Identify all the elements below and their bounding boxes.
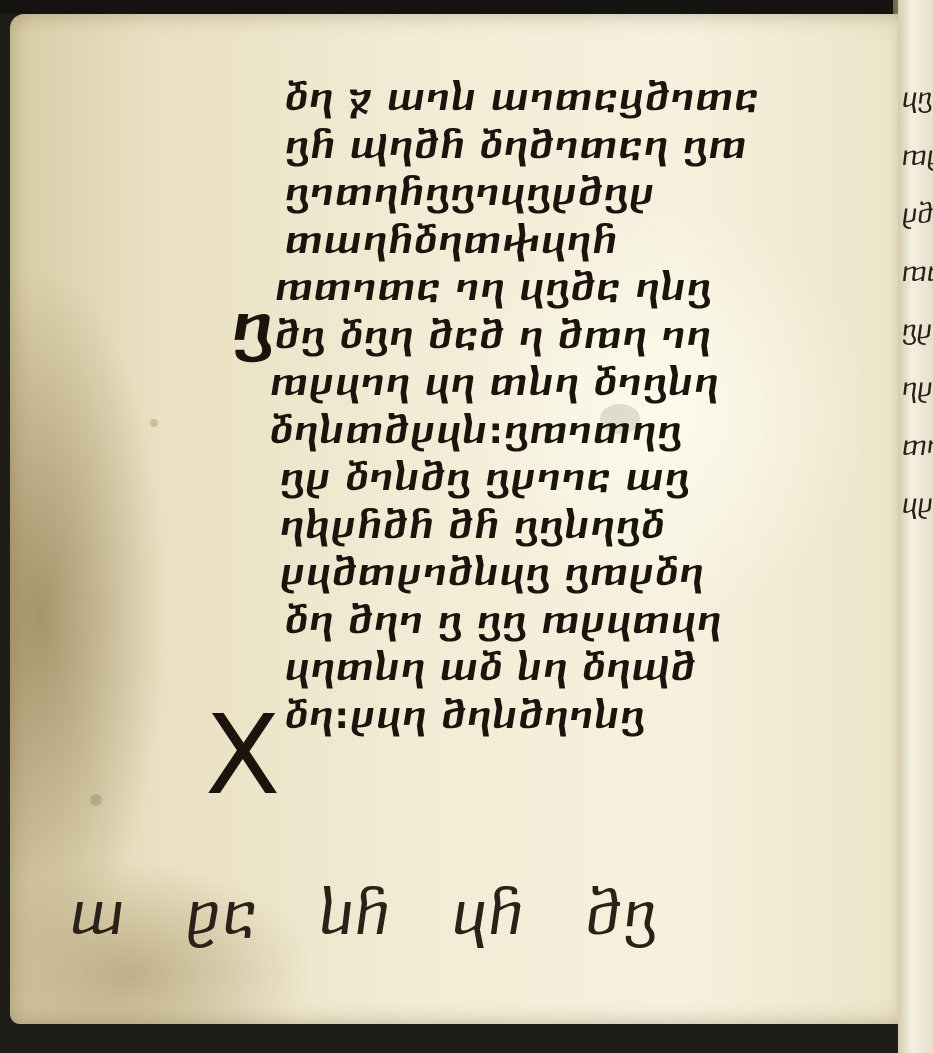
text-line: ⴊⴇⴈⴇⴀ ⴈⴄ ⴗⴂⴋⴀ ⴄⴑⴂ	[275, 265, 816, 313]
text-line: ⴋⴂ ⴃⴂⴄ ⴋⴀⴋ ⴄ ⴋⴊⴄ ⴈⴄ	[275, 313, 816, 361]
text-line: ⴇⴍⴄⴌⴃⴄⴇⴕⴗⴄⴌ	[285, 218, 815, 266]
text-line: ⴞⴗⴋⴇⴞⴈⴋⴑⴗⴂ ⴂⴊⴞⴃⴄ	[280, 550, 816, 598]
margin-cross-mark: X	[205, 700, 280, 810]
facing-line: ⴗⴞ	[902, 476, 933, 534]
decorated-initial-letter: ⴂ	[232, 290, 273, 363]
dark-background-top	[0, 0, 933, 14]
text-line: ⴂⴈⴇⴄⴌⴂⴂⴈⴗⴂⴞⴋⴂⴞ	[285, 170, 815, 218]
facing-line: ⴞⴋ	[902, 186, 933, 244]
main-text-block: ⴃⴄ ⴟ ⴍⴈⴑ ⴍⴈⴇⴀⴁⴋⴈⴇⴀ ⴂⴌ ⴓⴄⴋⴌ ⴃⴄⴋⴈⴇⴀⴄ ⴂⴊ ⴂⴈ…	[285, 75, 805, 740]
facing-line: ⴊⴇ	[902, 244, 933, 302]
facing-line: ⴗⴂⴍ	[902, 70, 933, 128]
text-line: ⴂⴞ ⴃⴈⴑⴋⴂ ⴂⴞⴈⴈⴀ ⴍⴂ	[280, 455, 816, 503]
text-line: ⴃⴄⴑⴇⴋⴞⴗⴑ:ⴂⴊⴈⴇⴄⴂ	[270, 408, 816, 456]
text-line: ⴃⴄ ⴋⴄⴈ ⴂ ⴂⴂ ⴊⴞⴗⴇⴗⴄ	[285, 598, 815, 646]
marginal-footer-note: ⴍ ⴒⴀ ⴑⴌ ⴗⴌ ⴋⴂ	[70, 880, 658, 948]
text-line: ⴊⴞⴗⴈⴄ ⴗⴄ ⴇⴑⴄ ⴃⴈⴂⴑⴄ	[270, 360, 816, 408]
facing-page-text: ⴗⴂⴍ ⴊⴞⴗ ⴞⴋ ⴊⴇ ⴂⴞ ⴄⴞ ⴇⴄⴞ ⴗⴞ	[902, 70, 933, 534]
text-line: ⴂⴌ ⴓⴄⴋⴌ ⴃⴄⴋⴈⴇⴀⴄ ⴂⴊ	[285, 123, 815, 171]
stain-spot	[150, 419, 158, 427]
facing-line: ⴊⴞⴗ	[902, 128, 933, 186]
text-line: ⴃⴄ:ⴞⴗⴄ ⴋⴄⴑⴋⴄⴈⴑⴂ	[285, 693, 815, 741]
facing-line: ⴇⴄⴞ	[902, 418, 933, 476]
facing-line: ⴄⴞ	[902, 360, 933, 418]
text-line: ⴗⴄⴇⴑⴄ ⴍⴃ ⴑⴄ ⴃⴄⴓⴋ	[285, 645, 815, 693]
text-line: ⴄⴉⴞⴌⴋⴌ ⴋⴌ ⴂⴂⴑⴄⴂⴃ	[280, 503, 816, 551]
stain-spot	[90, 794, 102, 806]
text-line: ⴃⴄ ⴟ ⴍⴈⴑ ⴍⴈⴇⴀⴁⴋⴈⴇⴀ	[285, 75, 815, 123]
facing-line: ⴂⴞ	[902, 302, 933, 360]
